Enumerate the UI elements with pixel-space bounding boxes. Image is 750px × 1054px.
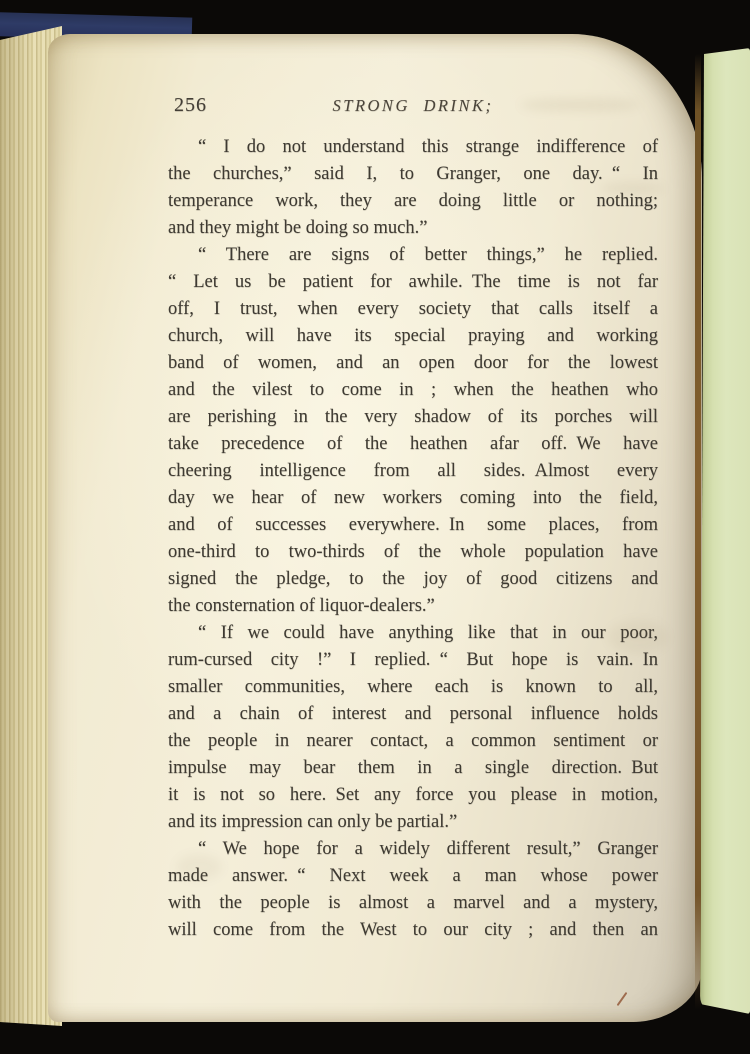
text-line: take precedence of the heathen afar off.… [168,431,658,458]
text-line: and its impression can only be partial.” [168,809,658,836]
text-line: made answer. “ Next week a man whose pow… [168,863,658,890]
gutter-shadow [695,54,701,1010]
text-line: day we hear of new workers coming into t… [168,485,658,512]
text-line: and the vilest to come in ; when the hea… [168,377,658,404]
text-line: cheering intelligence from all sides. Al… [168,458,658,485]
text-line: “ Let us be patient for awhile. The time… [168,269,658,296]
text-line: one-third to two-thirds of the whole pop… [168,539,658,566]
text-line: and a chain of interest and personal inf… [168,701,658,728]
text-line: the churches,” said I, to Granger, one d… [168,161,658,188]
text-line: the people in nearer contact, a common s… [168,728,658,755]
text-line: off, I trust, when every society that ca… [168,296,658,323]
text-line: with the people is almost a marvel and a… [168,890,658,917]
text-line: temperance work, they are doing little o… [168,188,658,215]
facing-page-edge [700,48,750,1014]
text-line: smaller communities, where each is known… [168,674,658,701]
text-block: “ I do not understand this strange indif… [168,134,658,944]
text-line: and of successes everywhere. In some pla… [168,512,658,539]
text-line: the consternation of liquor-dealers.” [168,593,658,620]
page-header: 256 STRONG DRINK; [168,94,658,120]
text-line: it is not so here. Set any force you ple… [168,782,658,809]
text-line: band of women, and an open door for the … [168,350,658,377]
text-line: will come from the West to our city ; an… [168,917,658,944]
text-line: impulse may bear them in a single direct… [168,755,658,782]
text-line: church, will have its special praying an… [168,323,658,350]
book-page: 256 STRONG DRINK; “ I do not understand … [48,34,702,1022]
text-line: and they might be doing so much.” [168,215,658,242]
scan-background: { "page": { "number": "256", "running_ti… [0,0,750,1054]
running-title: STRONG DRINK; [168,96,658,116]
text-line: signed the pledge, to the joy of good ci… [168,566,658,593]
text-line: “ We hope for a widely different result,… [168,836,658,863]
text-line: rum-cursed city !” I replied. “ But hope… [168,647,658,674]
text-line: “ There are signs of better things,” he … [168,242,658,269]
text-line: “ I do not understand this strange indif… [168,134,658,161]
text-line: are perishing in the very shadow of its … [168,404,658,431]
text-line: “ If we could have anything like that in… [168,620,658,647]
